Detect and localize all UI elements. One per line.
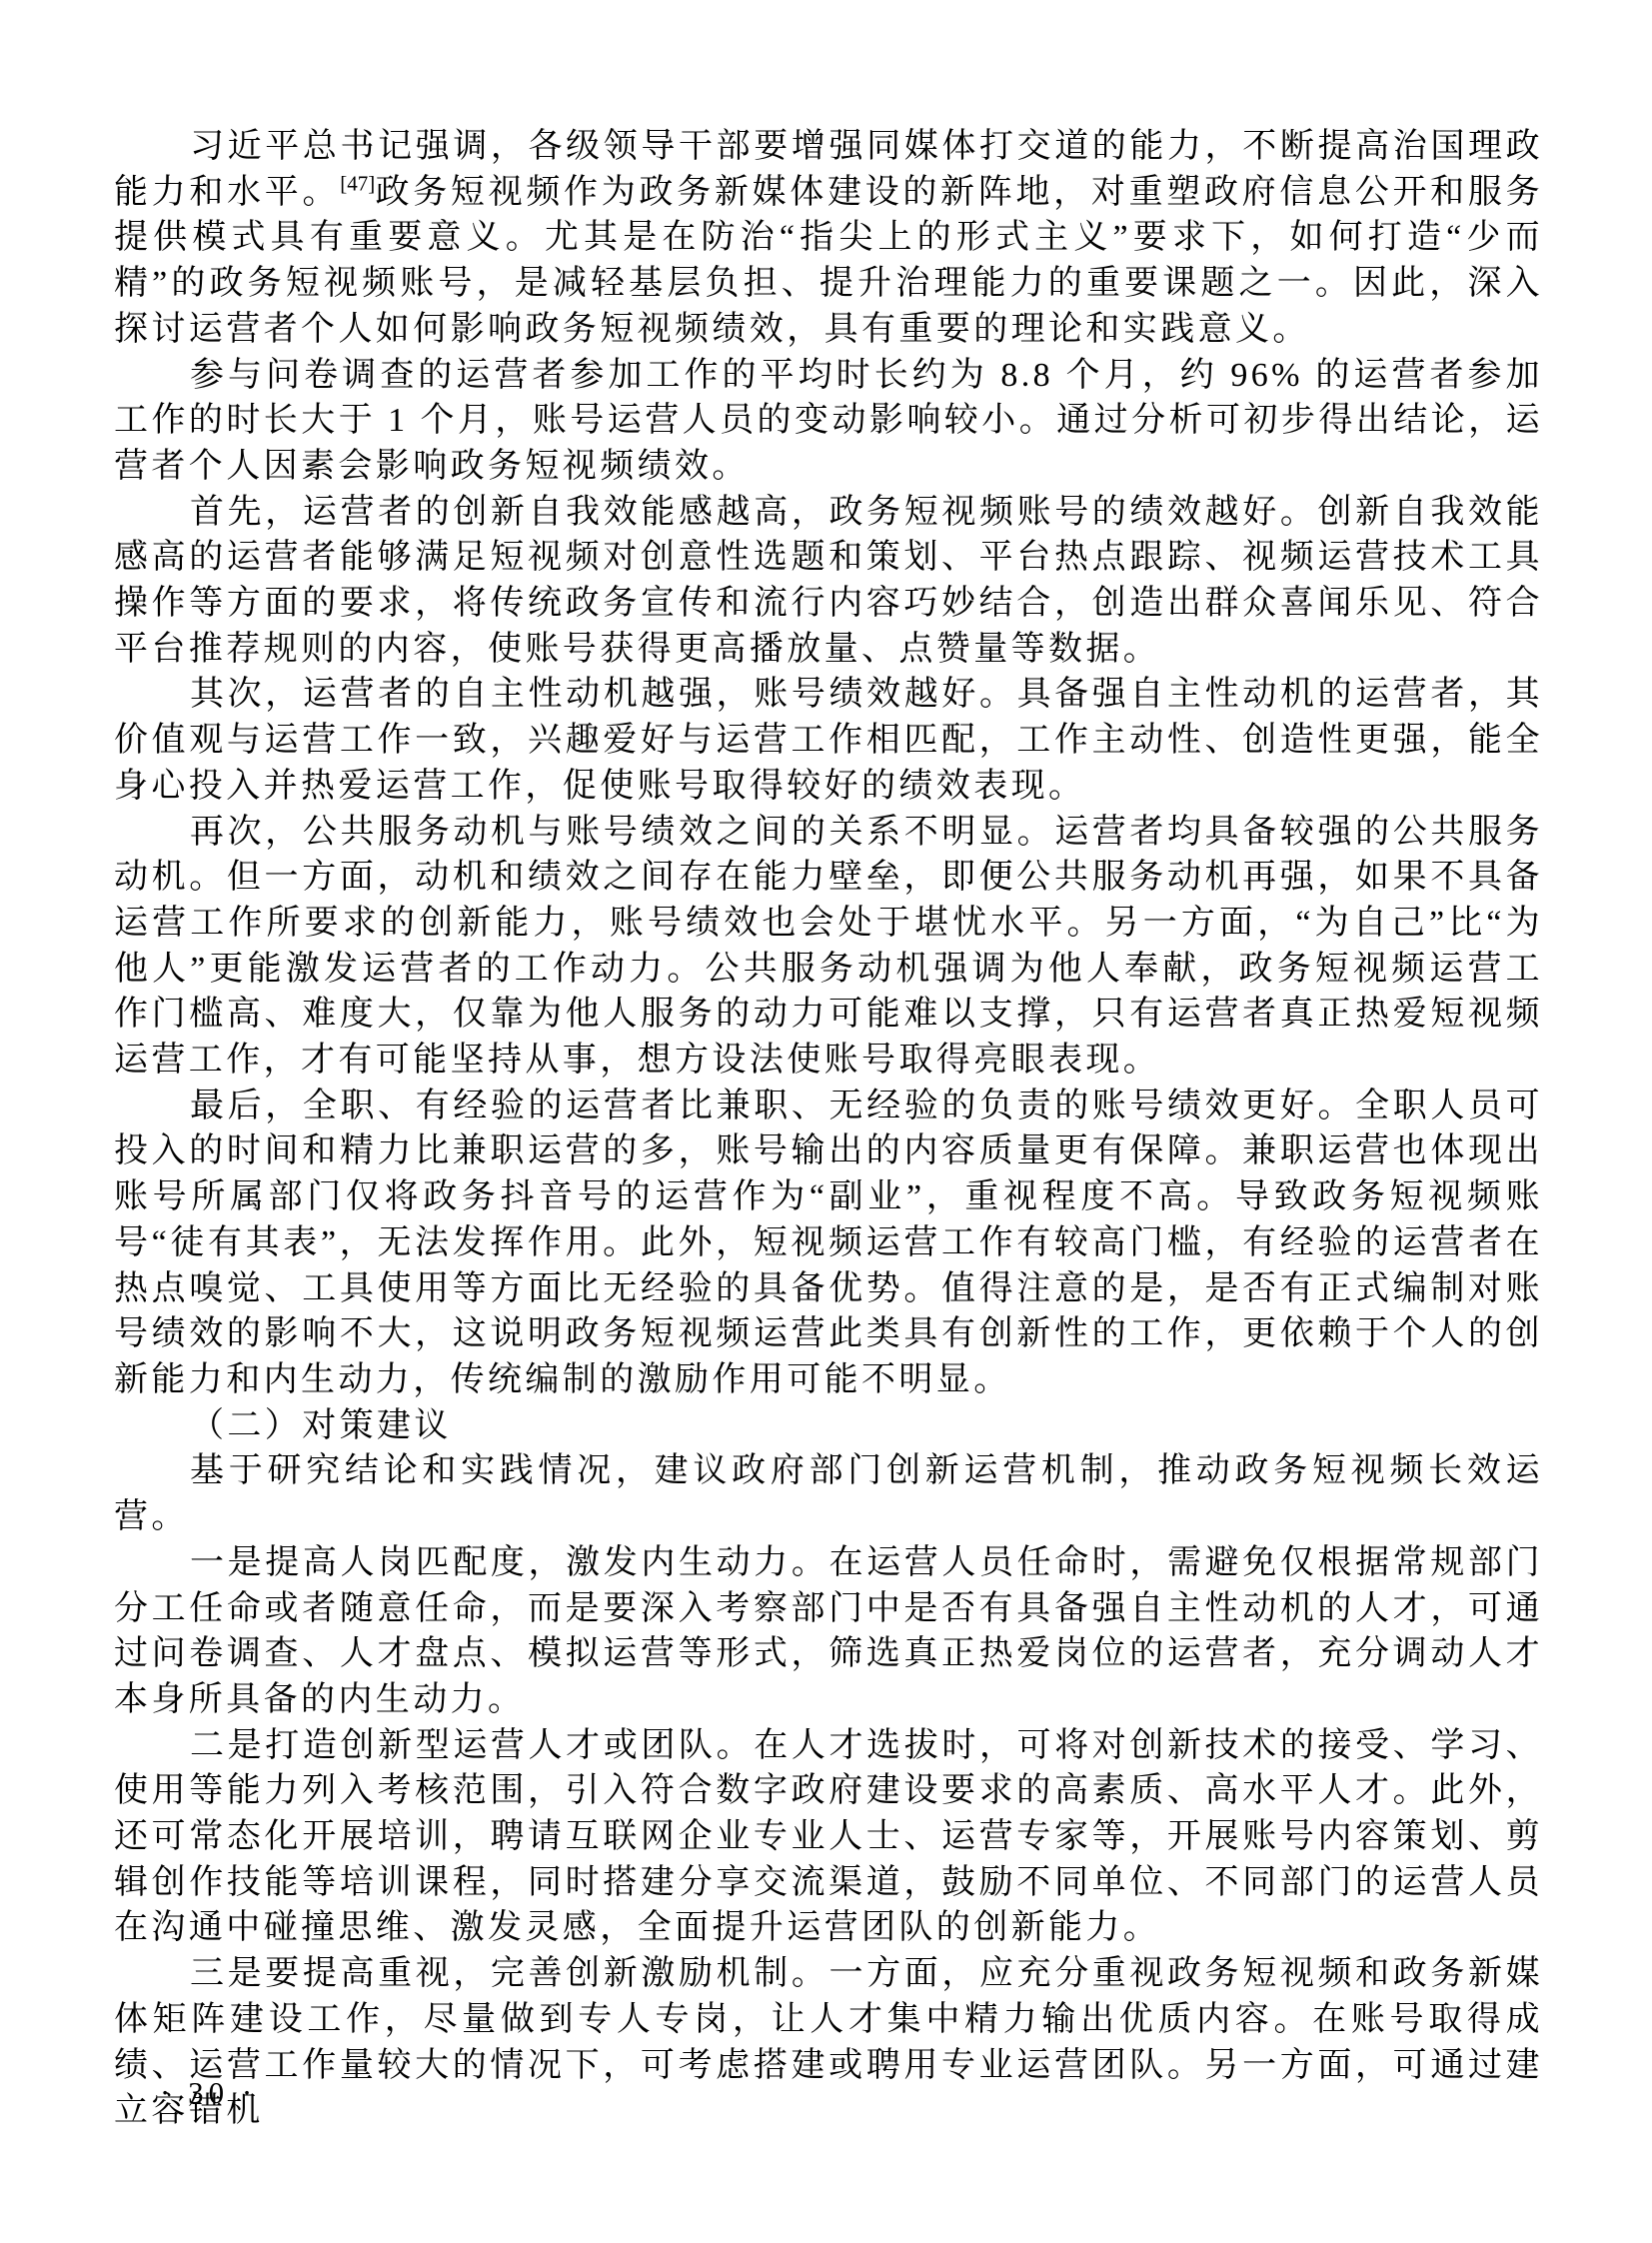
paper-page: 习近平总书记强调，各级领导干部要增强同媒体打交道的能力，不断提高治国理政能力和水… bbox=[0, 0, 1652, 2243]
paragraph-finding-third: 再次，公共服务动机与账号绩效之间的关系不明显。运营者均具备较强的公共服务动机。但… bbox=[114, 810, 1543, 1084]
section-heading-countermeasures: （二）对策建议 bbox=[114, 1403, 1543, 1449]
paragraph-intro: 习近平总书记强调，各级领导干部要增强同媒体打交道的能力，不断提高治国理政能力和水… bbox=[114, 124, 1543, 353]
paragraph-finding-second: 其次，运营者的自主性动机越强，账号绩效越好。具备强自主性动机的运营者，其价值观与… bbox=[114, 672, 1543, 809]
citation-superscript-47: [47] bbox=[340, 171, 375, 195]
page-number: · 30 · bbox=[160, 2075, 257, 2111]
paragraph-suggestion-one: 一是提高人岗匹配度，激发内生动力。在运营人员任命时，需避免仅根据常规部门分工任命… bbox=[114, 1540, 1543, 1723]
paragraph-suggestion-two: 二是打造创新型运营人才或团队。在人才选拔时，可将对创新技术的接受、学习、使用等能… bbox=[114, 1723, 1543, 1952]
body-text-column: 习近平总书记强调，各级领导干部要增强同媒体打交道的能力，不断提高治国理政能力和水… bbox=[114, 124, 1543, 2134]
paragraph-suggestion-three: 三是要提高重视，完善创新激励机制。一方面，应充分重视政务短视频和政务新媒体矩阵建… bbox=[114, 1951, 1543, 2134]
paragraph-suggestion-intro: 基于研究结论和实践情况，建议政府部门创新运营机制，推动政务短视频长效运营。 bbox=[114, 1448, 1543, 1539]
paragraph-finding-first: 首先，运营者的创新自我效能感越高，政务短视频账号的绩效越好。创新自我效能感高的运… bbox=[114, 490, 1543, 673]
paragraph-survey-summary: 参与问卷调查的运营者参加工作的平均时长约为 8.8 个月，约 96% 的运营者参… bbox=[114, 353, 1543, 490]
paragraph-finding-last: 最后，全职、有经验的运营者比兼职、无经验的负责的账号绩效更好。全职人员可投入的时… bbox=[114, 1084, 1543, 1403]
